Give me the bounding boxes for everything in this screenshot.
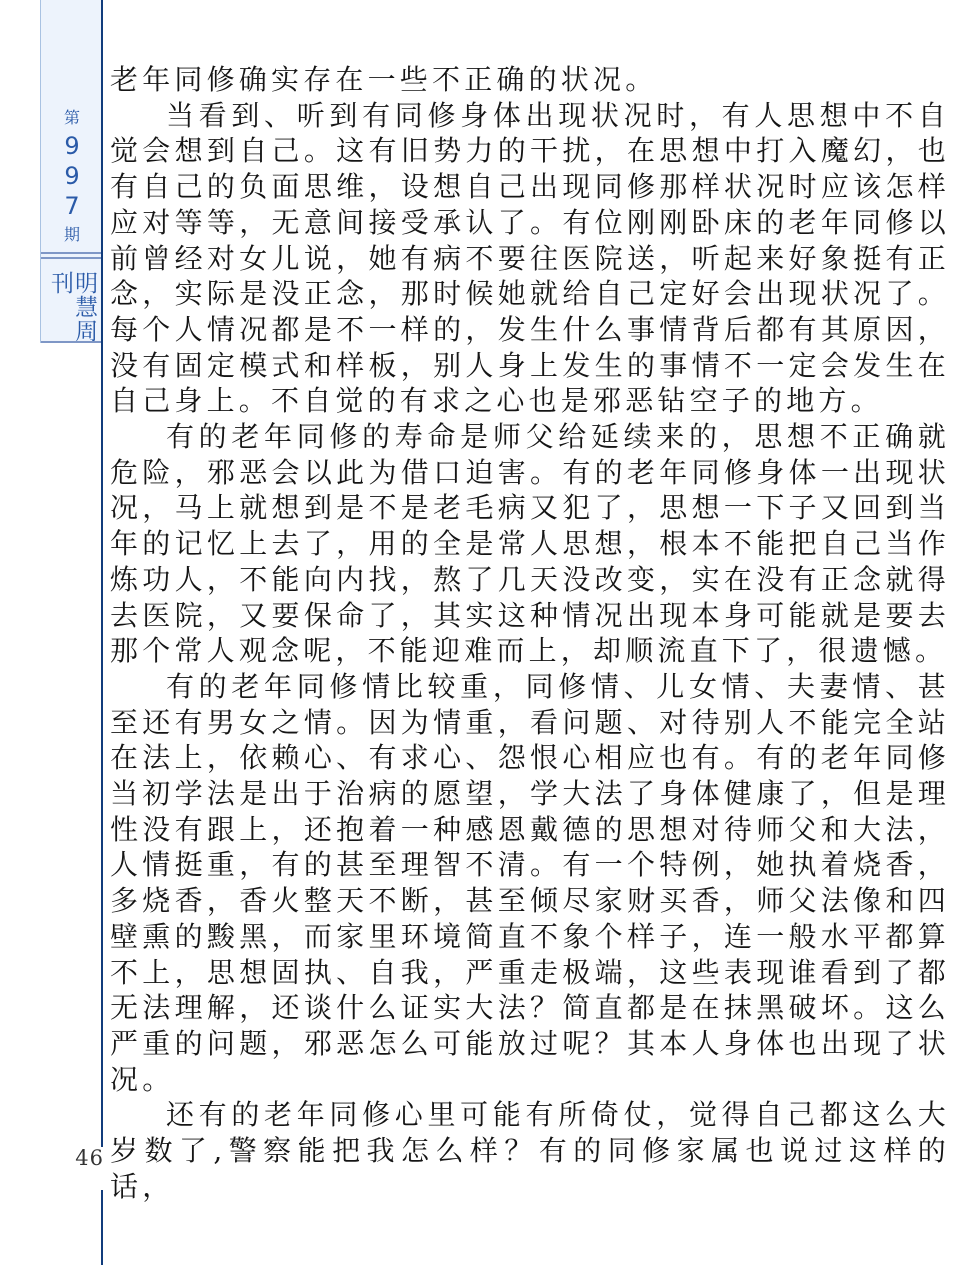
paragraph: 有的老年同修的寿命是师父给延续来的，思想不正确就危险，邪恶会以此为借口迫害。有的… [110,419,950,669]
paragraph: 当看到、听到有同修身体出现状况时，有人思想中不自觉会想到自己。这有旧势力的干扰，… [110,98,950,419]
body-text: 老年同修确实存在一些不正确的状况。当看到、听到有同修身体出现状况时，有人思想中不… [110,62,950,1205]
paragraph: 老年同修确实存在一些不正确的状况。 [110,62,950,98]
journal-name: 明慧周刊 [48,271,96,343]
paragraph: 还有的老年同修心里可能有所倚仗，觉得自己都这么大岁数了,警察能把我怎么样？有的同… [110,1097,950,1204]
issue-number: 997 [60,132,84,222]
masthead-bottom-line [41,341,103,343]
page-number: 46 [70,1146,104,1170]
vertical-rule-bottom [101,1190,103,1265]
issue-prefix-label: 第 [64,110,80,126]
masthead-sidebar: 第 997 期 明慧周刊 [40,0,103,343]
issue-suffix-label: 期 [64,227,80,243]
masthead-divider [41,252,103,259]
paragraph: 有的老年同修情比较重，同修情、儿女情、夫妻情、甚至还有男女之情。因为情重，看问题… [110,669,950,1097]
magazine-page: 第 997 期 明慧周刊 46 老年同修确实存在一些不正确的状况。当看到、听到有… [0,0,978,1265]
vertical-rule-top [101,0,103,1147]
